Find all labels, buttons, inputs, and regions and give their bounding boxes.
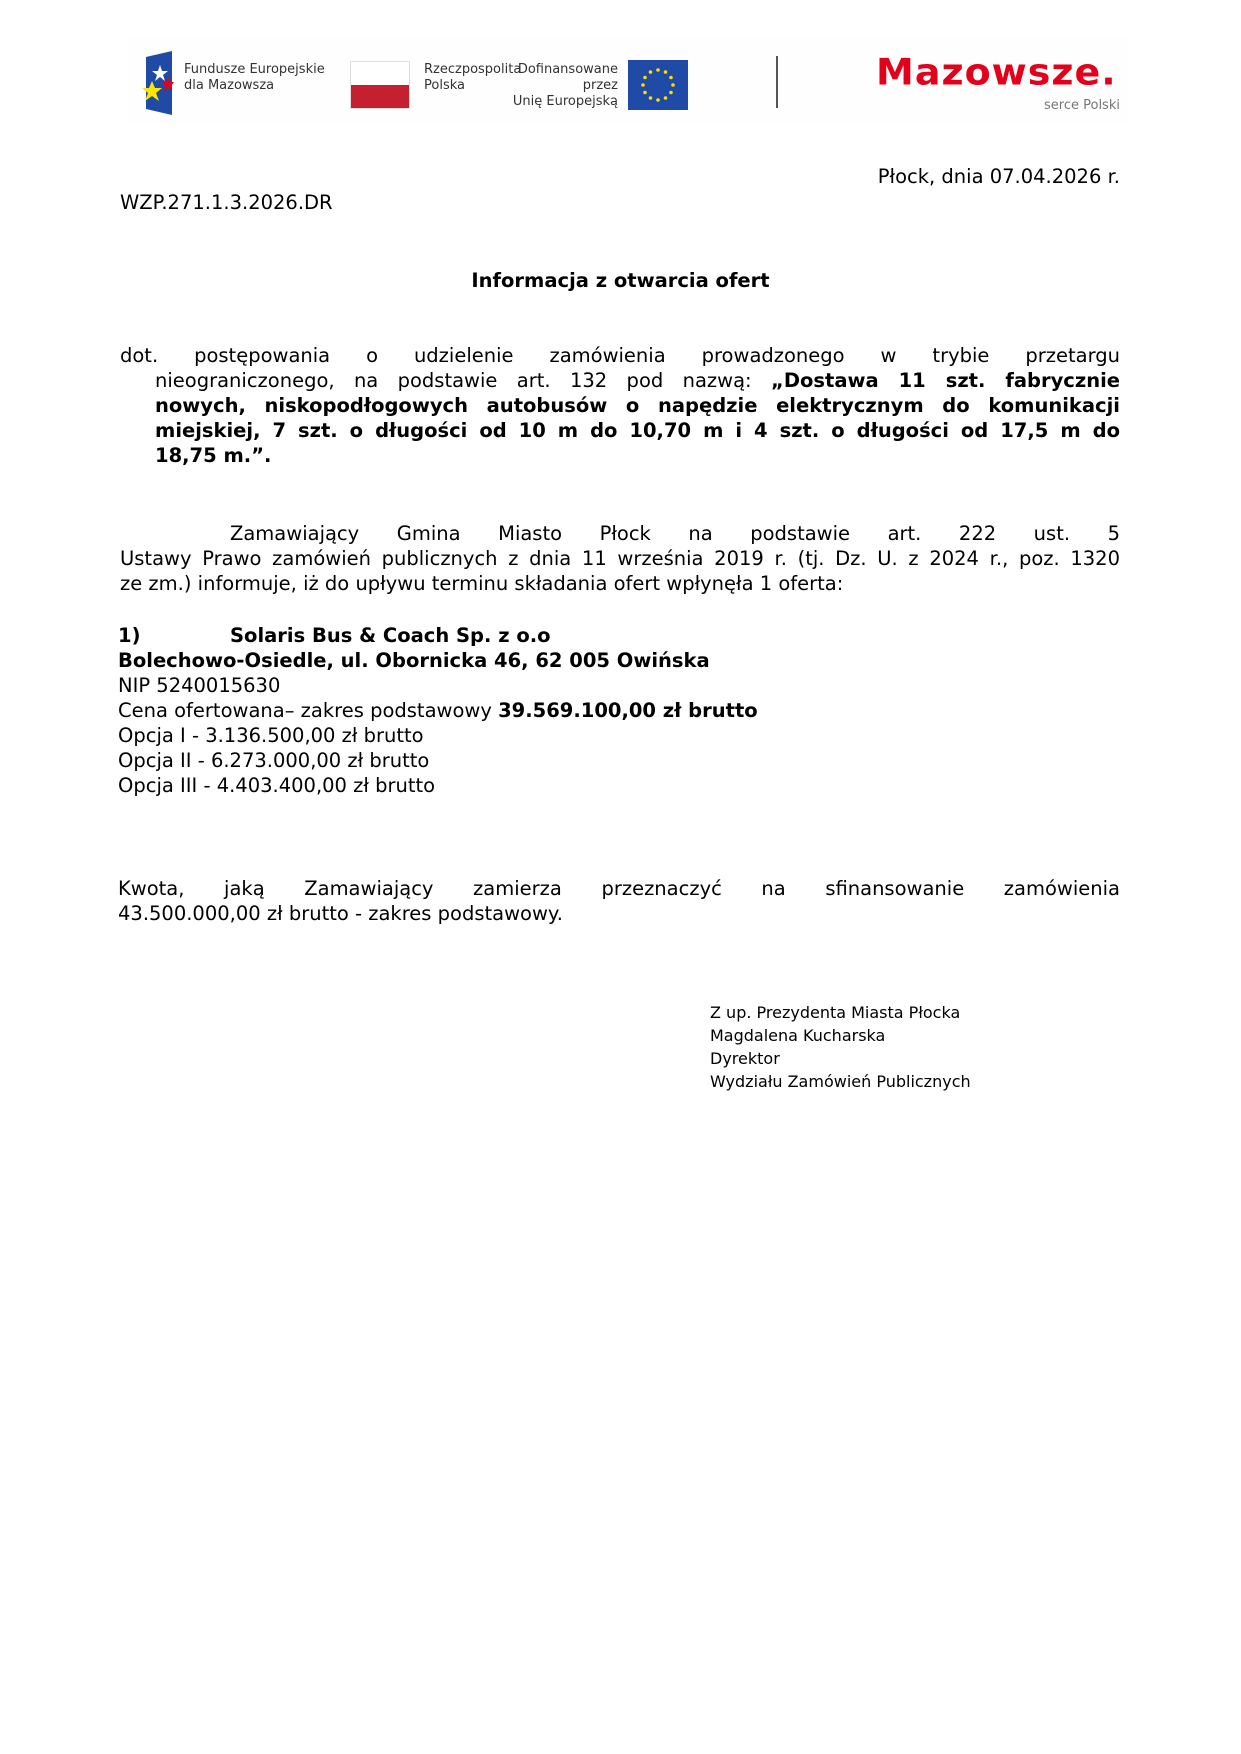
subject-line-4: miejskiej, 7 szt. o długości od 10 m do …	[155, 418, 1120, 443]
intro-line-1: Zamawiający Gmina Miasto Płock na podsta…	[230, 521, 1120, 546]
signature-line-3: Dyrektor	[710, 1047, 971, 1070]
intro-line-2: Ustawy Prawo zamówień publicznych z dnia…	[120, 546, 1120, 571]
offer-nip: NIP 5240015630	[118, 673, 1118, 698]
subject-line-1: dot. postępowania o udzielenie zamówieni…	[120, 343, 1120, 368]
logo-divider	[776, 56, 778, 108]
offer-address: Bolechowo-Osiedle, ul. Obornicka 46, 62 …	[118, 648, 1118, 673]
subject-line-2-bold: „Dostawa 11 szt. fabrycznie	[771, 369, 1120, 392]
offer-1: 1)Solaris Bus & Coach Sp. z o.o Bolechow…	[118, 623, 1118, 798]
offer-option-3: Opcja III - 4.403.400,00 zł brutto	[118, 773, 1118, 798]
subject-paragraph: dot. postępowania o udzielenie zamówieni…	[120, 343, 1120, 468]
reference-number: WZP.271.1.3.2026.DR	[120, 190, 333, 215]
offer-option-2: Opcja II - 6.273.000,00 zł brutto	[118, 748, 1118, 773]
polish-flag-icon	[350, 61, 410, 109]
offer-price-value: 39.569.100,00 zł brutto	[498, 699, 758, 722]
eu-flag-icon	[628, 60, 688, 110]
signature-block: Z up. Prezydenta Miasta Płocka Magdalena…	[710, 1001, 971, 1093]
intro-line-3: ze zm.) informuje, iż do upływu terminu …	[120, 571, 1120, 596]
budget-line-2: 43.500.000,00 zł brutto - zakres podstaw…	[118, 901, 1120, 926]
signature-line-2: Magdalena Kucharska	[710, 1024, 971, 1047]
mazowsze-tagline: serce Polski	[1044, 98, 1120, 113]
signature-line-1: Z up. Prezydenta Miasta Płocka	[710, 1001, 971, 1024]
mazowsze-logo: Mazowsze.	[876, 51, 1117, 93]
fe-logo-line1: Fundusze Europejskie	[184, 62, 325, 78]
eu-logo-line2: Unię Europejską	[498, 94, 618, 110]
eu-logo-text: Dofinansowane przez Unię Europejską	[498, 62, 618, 110]
offer-price-label: Cena ofertowana– zakres podstawowy	[118, 699, 498, 722]
document-title: Informacja z otwarcia ofert	[0, 268, 1241, 293]
fe-logo-line2: dla Mazowsza	[184, 78, 325, 94]
budget-paragraph: Kwota, jaką Zamawiający zamierza przezna…	[118, 876, 1120, 926]
offer-company: Solaris Bus & Coach Sp. z o.o	[230, 624, 551, 647]
subject-line-2-regular: nieograniczonego, na podstawie art. 132 …	[155, 369, 771, 392]
offer-option-1: Opcja I - 3.136.500,00 zł brutto	[118, 723, 1118, 748]
subject-line-3: nowych, niskopodłogowych autobusów o nap…	[155, 393, 1120, 418]
signature-line-4: Wydziału Zamówień Publicznych	[710, 1070, 971, 1093]
fundusze-europejskie-emblem-icon	[142, 51, 174, 115]
header-logo-band: Fundusze Europejskie dla Mazowsza Rzeczp…	[128, 36, 1128, 126]
intro-paragraph: Zamawiający Gmina Miasto Płock na podsta…	[120, 521, 1120, 596]
offer-price: Cena ofertowana– zakres podstawowy 39.56…	[118, 698, 1118, 723]
offer-number: 1)	[118, 623, 230, 648]
eu-logo-line1: Dofinansowane przez	[498, 62, 618, 94]
place-date: Płock, dnia 07.04.2026 r.	[878, 164, 1120, 189]
subject-line-5: 18,75 m.”.	[155, 443, 1120, 468]
budget-line-1: Kwota, jaką Zamawiający zamierza przezna…	[118, 876, 1120, 901]
fe-logo-text: Fundusze Europejskie dla Mazowsza	[184, 62, 325, 94]
offer-header: 1)Solaris Bus & Coach Sp. z o.o	[118, 623, 1118, 648]
subject-line-2: nieograniczonego, na podstawie art. 132 …	[155, 368, 1120, 393]
